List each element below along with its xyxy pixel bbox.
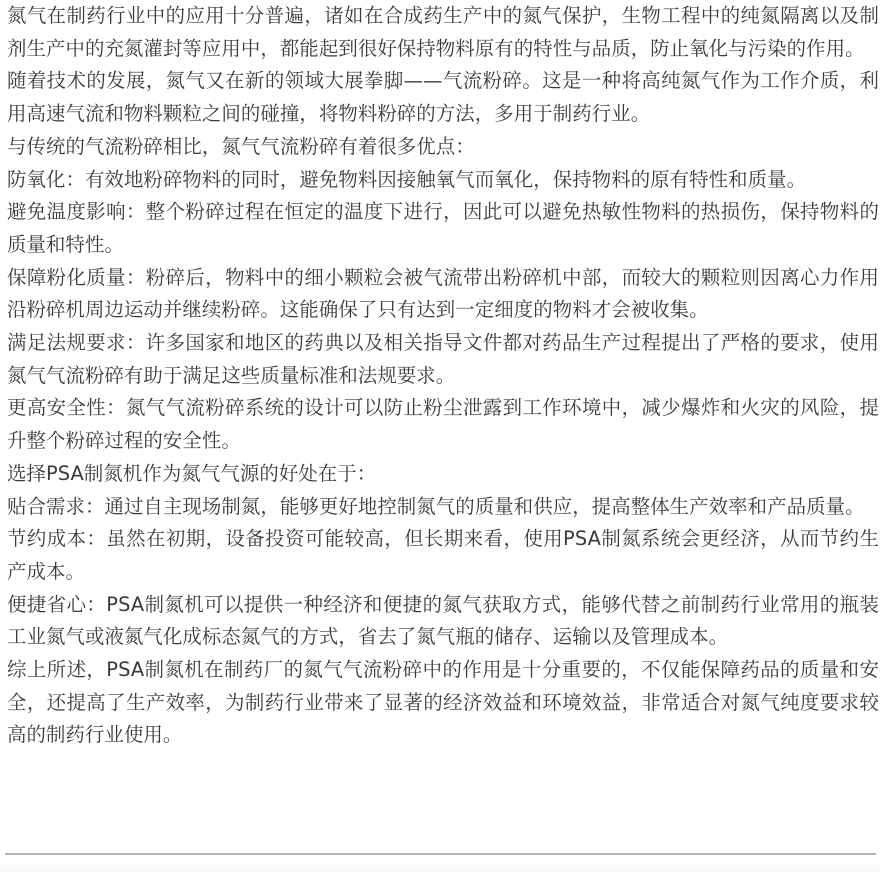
paragraph-convenience: 便捷省心：PSA制氮机可以提供一种经济和便捷的氮气获取方式，能够代替之前制药行业…: [7, 589, 879, 654]
article-body: 氮气在制药行业中的应用十分普遍，诸如在合成药生产中的氮气保护，生物工程中的纯氮隔…: [7, 0, 879, 752]
paragraph-development: 随着技术的发展，氮气又在新的领域大展拳脚——气流粉碎。这是一种将高纯氮气作为工作…: [7, 65, 879, 130]
footer-band: [0, 860, 880, 872]
horizontal-divider: [5, 853, 876, 855]
paragraph-cost-saving: 节约成本：虽然在初期，设备投资可能较高，但长期来看，使用PSA制氮系统会更经济，…: [7, 523, 879, 588]
paragraph-regulations: 满足法规要求：许多国家和地区的药典以及相关指导文件都对药品生产过程提出了严格的要…: [7, 327, 879, 392]
paragraph-advantages-heading: 与传统的气流粉碎相比，氮气气流粉碎有着很多优点：: [7, 131, 879, 164]
paragraph-conclusion: 综上所述，PSA制氮机在制药厂的氮气气流粉碎中的作用是十分重要的，不仅能保障药品…: [7, 654, 879, 752]
paragraph-powder-quality: 保障粉化质量：粉碎后，物料中的细小颗粒会被气流带出粉碎机中部，而较大的颗粒则因离…: [7, 262, 879, 327]
paragraph-intro: 氮气在制药行业中的应用十分普遍，诸如在合成药生产中的氮气保护，生物工程中的纯氮隔…: [7, 0, 879, 65]
paragraph-fit-needs: 贴合需求：通过自主现场制氮，能够更好地控制氮气的质量和供应，提高整体生产效率和产…: [7, 491, 879, 524]
paragraph-psa-heading: 选择PSA制氮机作为氮气气源的好处在于：: [7, 458, 879, 491]
paragraph-safety: 更高安全性：氮气气流粉碎系统的设计可以防止粉尘泄露到工作环境中，减少爆炸和火灾的…: [7, 392, 879, 457]
paragraph-temperature: 避免温度影响：整个粉碎过程在恒定的温度下进行，因此可以避免热敏性物料的热损伤，保…: [7, 196, 879, 261]
paragraph-anti-oxidation: 防氧化：有效地粉碎物料的同时，避免物料因接触氧气而氧化，保持物料的原有特性和质量…: [7, 164, 879, 197]
